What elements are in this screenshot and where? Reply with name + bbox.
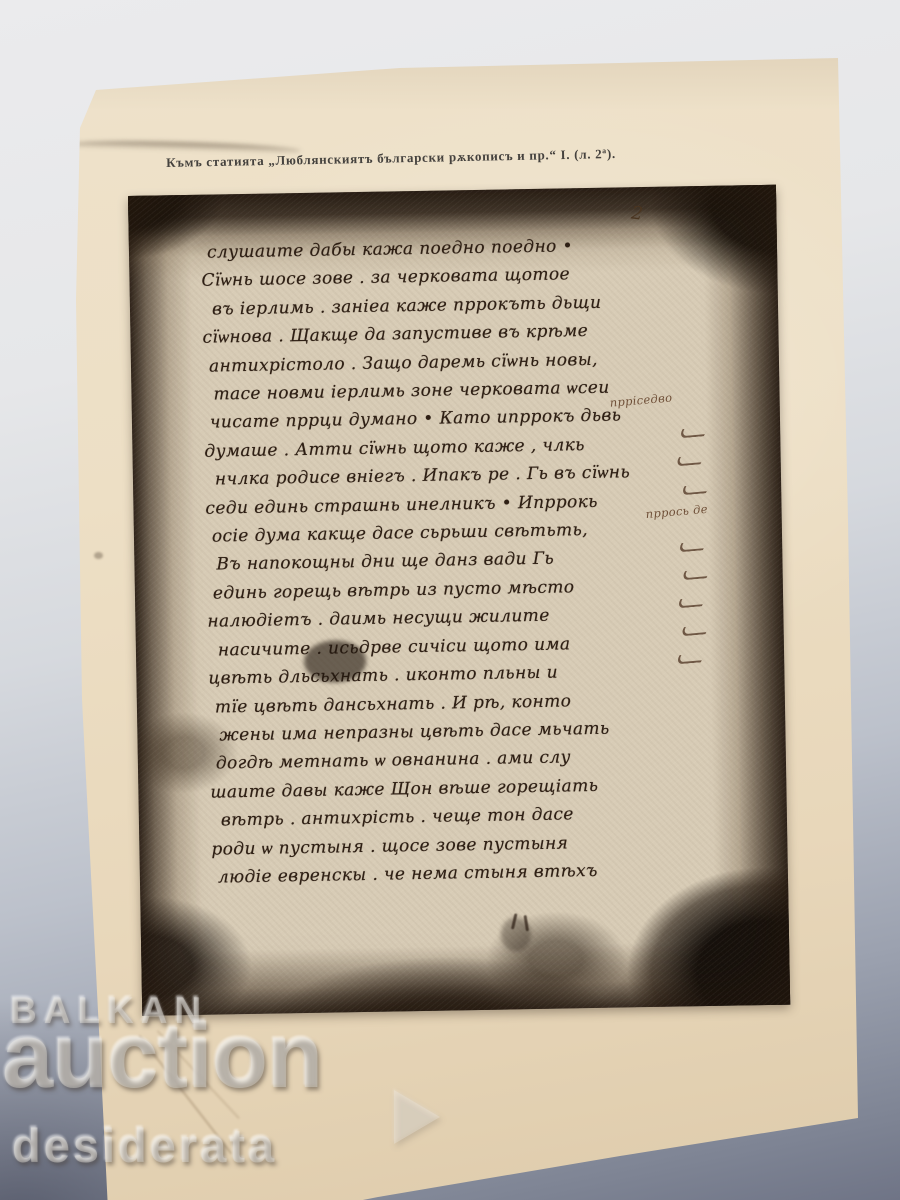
- margin-quote-mark: [676, 597, 706, 609]
- margin-quote-mark: [680, 484, 710, 496]
- margin-quote-mark: [675, 653, 705, 665]
- margin-quote-mark: [675, 455, 705, 467]
- margin-quote-mark: [678, 427, 708, 439]
- paper-stain: [94, 552, 103, 559]
- margin-quote-mark: [681, 569, 711, 581]
- printed-page: Къмъ статията „Люблянскиятъ български рѫ…: [0, 0, 900, 1200]
- margin-quote-mark: [680, 625, 710, 637]
- margin-quote-mark: [677, 541, 707, 553]
- manuscript-photo: 2 слушаите дабы кажа поедно поедно • Сїѡ…: [128, 185, 790, 1016]
- handwritten-folio-mark: 2: [630, 202, 644, 224]
- manuscript-text-block: слушаите дабы кажа поедно поедно • Сїѡнь…: [207, 231, 670, 892]
